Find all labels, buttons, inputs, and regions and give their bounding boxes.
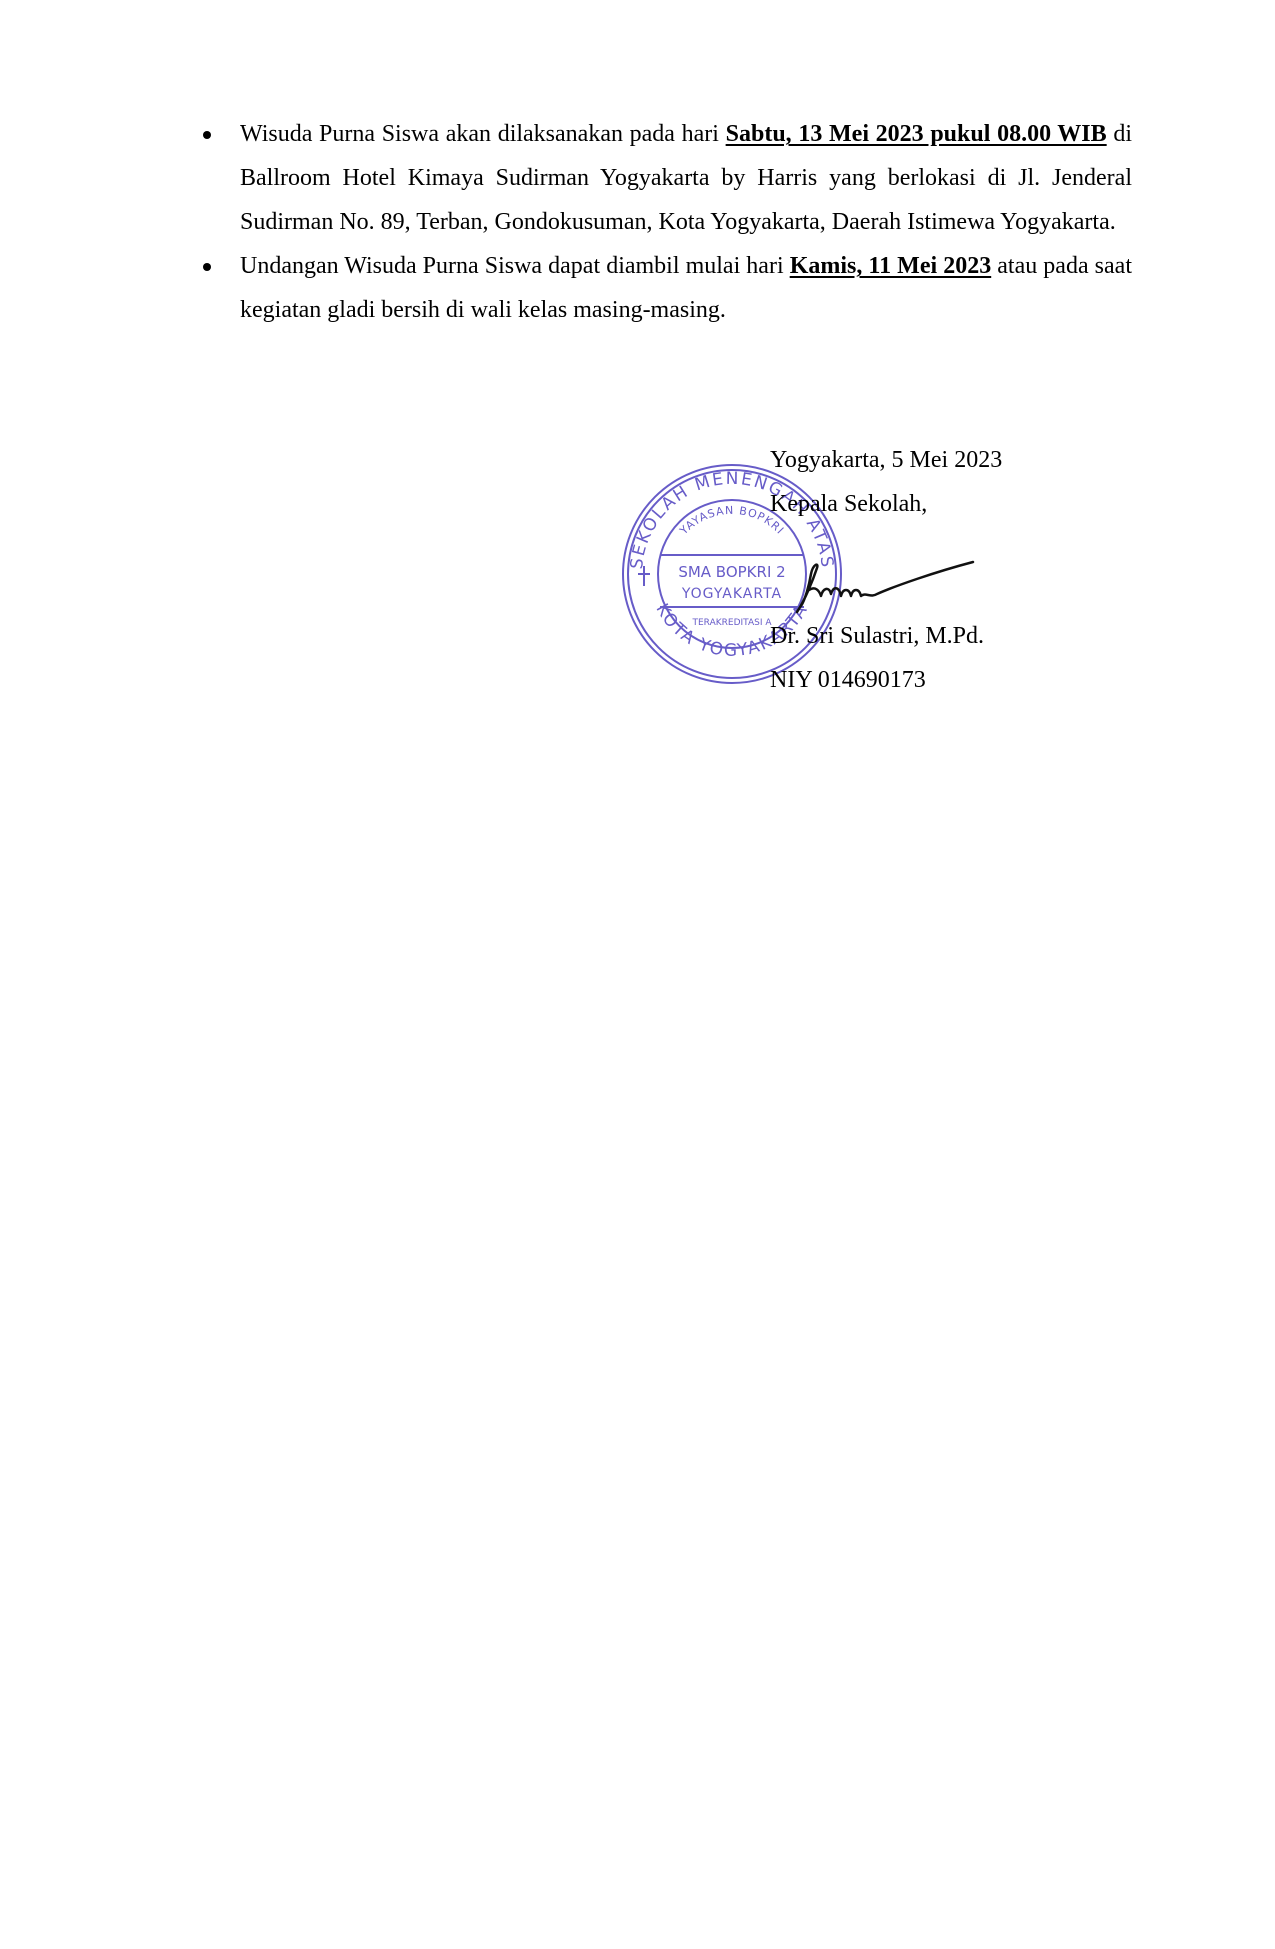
list-item: Wisuda Purna Siswa akan dilaksanakan pad… — [200, 112, 1132, 244]
bullet-icon — [203, 263, 211, 271]
item-text: Wisuda Purna Siswa akan dilaksanakan pad… — [240, 121, 726, 147]
document-page: Wisuda Purna Siswa akan dilaksanakan pad… — [0, 0, 1275, 1949]
svg-text:YOGYAKARTA: YOGYAKARTA — [681, 586, 782, 602]
place-date: Yogyakarta, 5 Mei 2023 — [770, 438, 1002, 482]
list-item: Undangan Wisuda Purna Siswa dapat diambi… — [200, 244, 1132, 332]
announcement-list: Wisuda Purna Siswa akan dilaksanakan pad… — [200, 112, 1132, 332]
handwritten-signature-icon — [795, 560, 975, 620]
signatory-id: NIY 014690173 — [770, 658, 1002, 702]
item-text: Undangan Wisuda Purna Siswa dapat diambi… — [240, 253, 790, 279]
svg-text:TERAKREDITASI A: TERAKREDITASI A — [692, 618, 773, 628]
event-date-emphasis: Sabtu, 13 Mei 2023 pukul 08.00 WIB — [726, 121, 1107, 147]
bullet-icon — [203, 131, 211, 139]
pickup-date-emphasis: Kamis, 11 Mei 2023 — [790, 253, 992, 279]
signatory-name: Dr. Sri Sulastri, M.Pd. — [770, 614, 1002, 658]
signatory-role: Kepala Sekolah, — [770, 482, 1002, 526]
